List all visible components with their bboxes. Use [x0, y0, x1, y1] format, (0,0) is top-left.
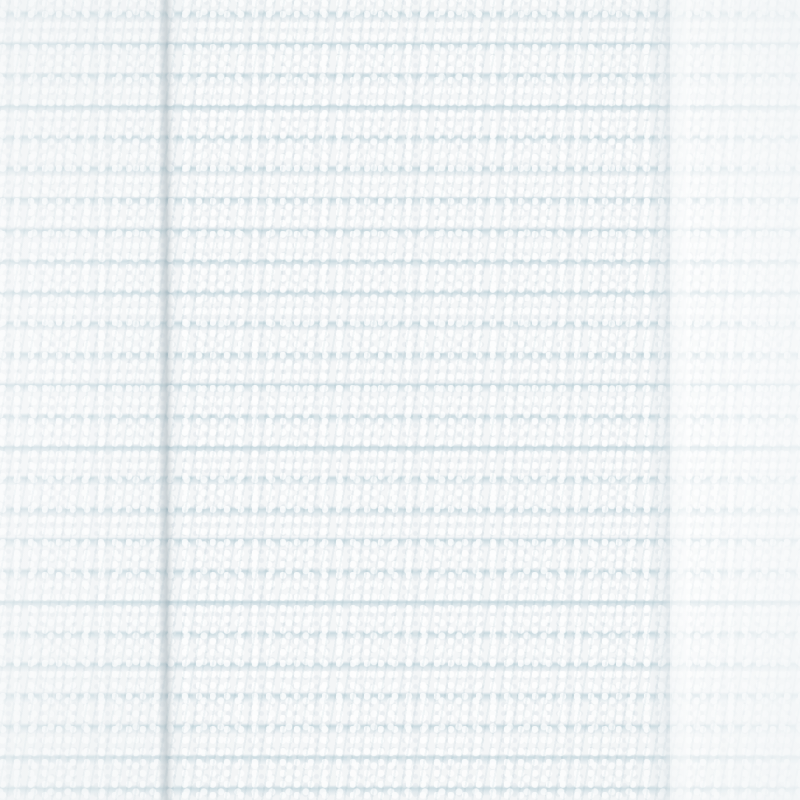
lighting-vignette — [0, 0, 800, 800]
fabric-texture-photo — [0, 0, 800, 800]
